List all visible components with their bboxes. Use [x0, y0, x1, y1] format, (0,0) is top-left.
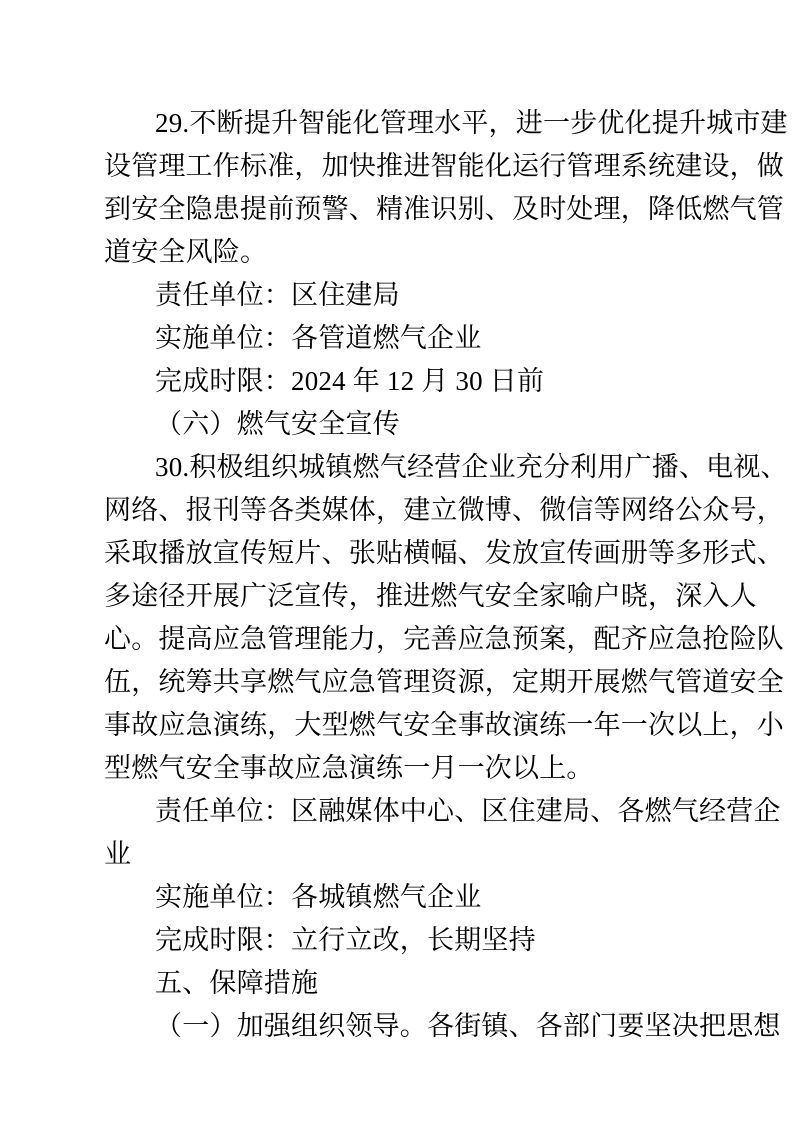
text-line: 型燃气安全事故应急演练一月一次以上。 [104, 747, 681, 790]
text-line: 完成时限：立行立改，长期坚持 [104, 919, 681, 962]
text-line: 完成时限：2024 年 12 月 30 日前 [104, 360, 681, 403]
text-line: 五、保障措施 [104, 962, 681, 1005]
section-six-heading: （六）燃气安全宣传 [104, 403, 681, 446]
text-line: 道安全风险。 [104, 231, 681, 274]
text-line: 事故应急演练，大型燃气安全事故演练一年一次以上，小 [104, 704, 681, 747]
item-30-responsible-unit: 责任单位：区融媒体中心、区住建局、各燃气经营企业 [104, 790, 681, 876]
text-line: 伍，统筹共享燃气应急管理资源，定期开展燃气管道安全 [104, 661, 681, 704]
document-page: 29.不断提升智能化管理水平，进一步优化提升城市建设管理工作标准，加快推进智能化… [0, 0, 793, 1122]
section-five-one-paragraph: （一）加强组织领导。各街镇、各部门要坚决把思想 [104, 1005, 681, 1048]
text-line: 实施单位：各管道燃气企业 [104, 317, 681, 360]
item-29-responsible-unit: 责任单位：区住建局 [104, 274, 681, 317]
text-line: 业 [104, 833, 681, 876]
section-five-heading: 五、保障措施 [104, 962, 681, 1005]
text-line: 到安全隐患提前预警、精准识别、及时处理，降低燃气管 [104, 188, 681, 231]
text-line: （六）燃气安全宣传 [104, 403, 681, 446]
text-line: （一）加强组织领导。各街镇、各部门要坚决把思想 [104, 1005, 681, 1048]
item-30-implementing-unit: 实施单位：各城镇燃气企业 [104, 876, 681, 919]
text-line: 30.积极组织城镇燃气经营企业充分利用广播、电视、 [104, 446, 681, 489]
text-line: 责任单位：区住建局 [104, 274, 681, 317]
item-29-deadline: 完成时限：2024 年 12 月 30 日前 [104, 360, 681, 403]
text-line: 采取播放宣传短片、张贴横幅、发放宣传画册等多形式、 [104, 532, 681, 575]
text-line: 责任单位：区融媒体中心、区住建局、各燃气经营企 [104, 790, 681, 833]
text-line: 网络、报刊等各类媒体，建立微博、微信等网络公众号， [104, 489, 681, 532]
item-29-implementing-unit: 实施单位：各管道燃气企业 [104, 317, 681, 360]
item-29-paragraph: 29.不断提升智能化管理水平，进一步优化提升城市建设管理工作标准，加快推进智能化… [104, 102, 681, 274]
text-line: 实施单位：各城镇燃气企业 [104, 876, 681, 919]
item-30-paragraph: 30.积极组织城镇燃气经营企业充分利用广播、电视、网络、报刊等各类媒体，建立微博… [104, 446, 681, 790]
text-line: 29.不断提升智能化管理水平，进一步优化提升城市建 [104, 102, 681, 145]
text-line: 设管理工作标准，加快推进智能化运行管理系统建设，做 [104, 145, 681, 188]
document-body: 29.不断提升智能化管理水平，进一步优化提升城市建设管理工作标准，加快推进智能化… [104, 102, 681, 1048]
text-line: 多途径开展广泛宣传，推进燃气安全家喻户晓，深入人 [104, 575, 681, 618]
item-30-deadline: 完成时限：立行立改，长期坚持 [104, 919, 681, 962]
text-line: 心。提高应急管理能力，完善应急预案，配齐应急抢险队 [104, 618, 681, 661]
